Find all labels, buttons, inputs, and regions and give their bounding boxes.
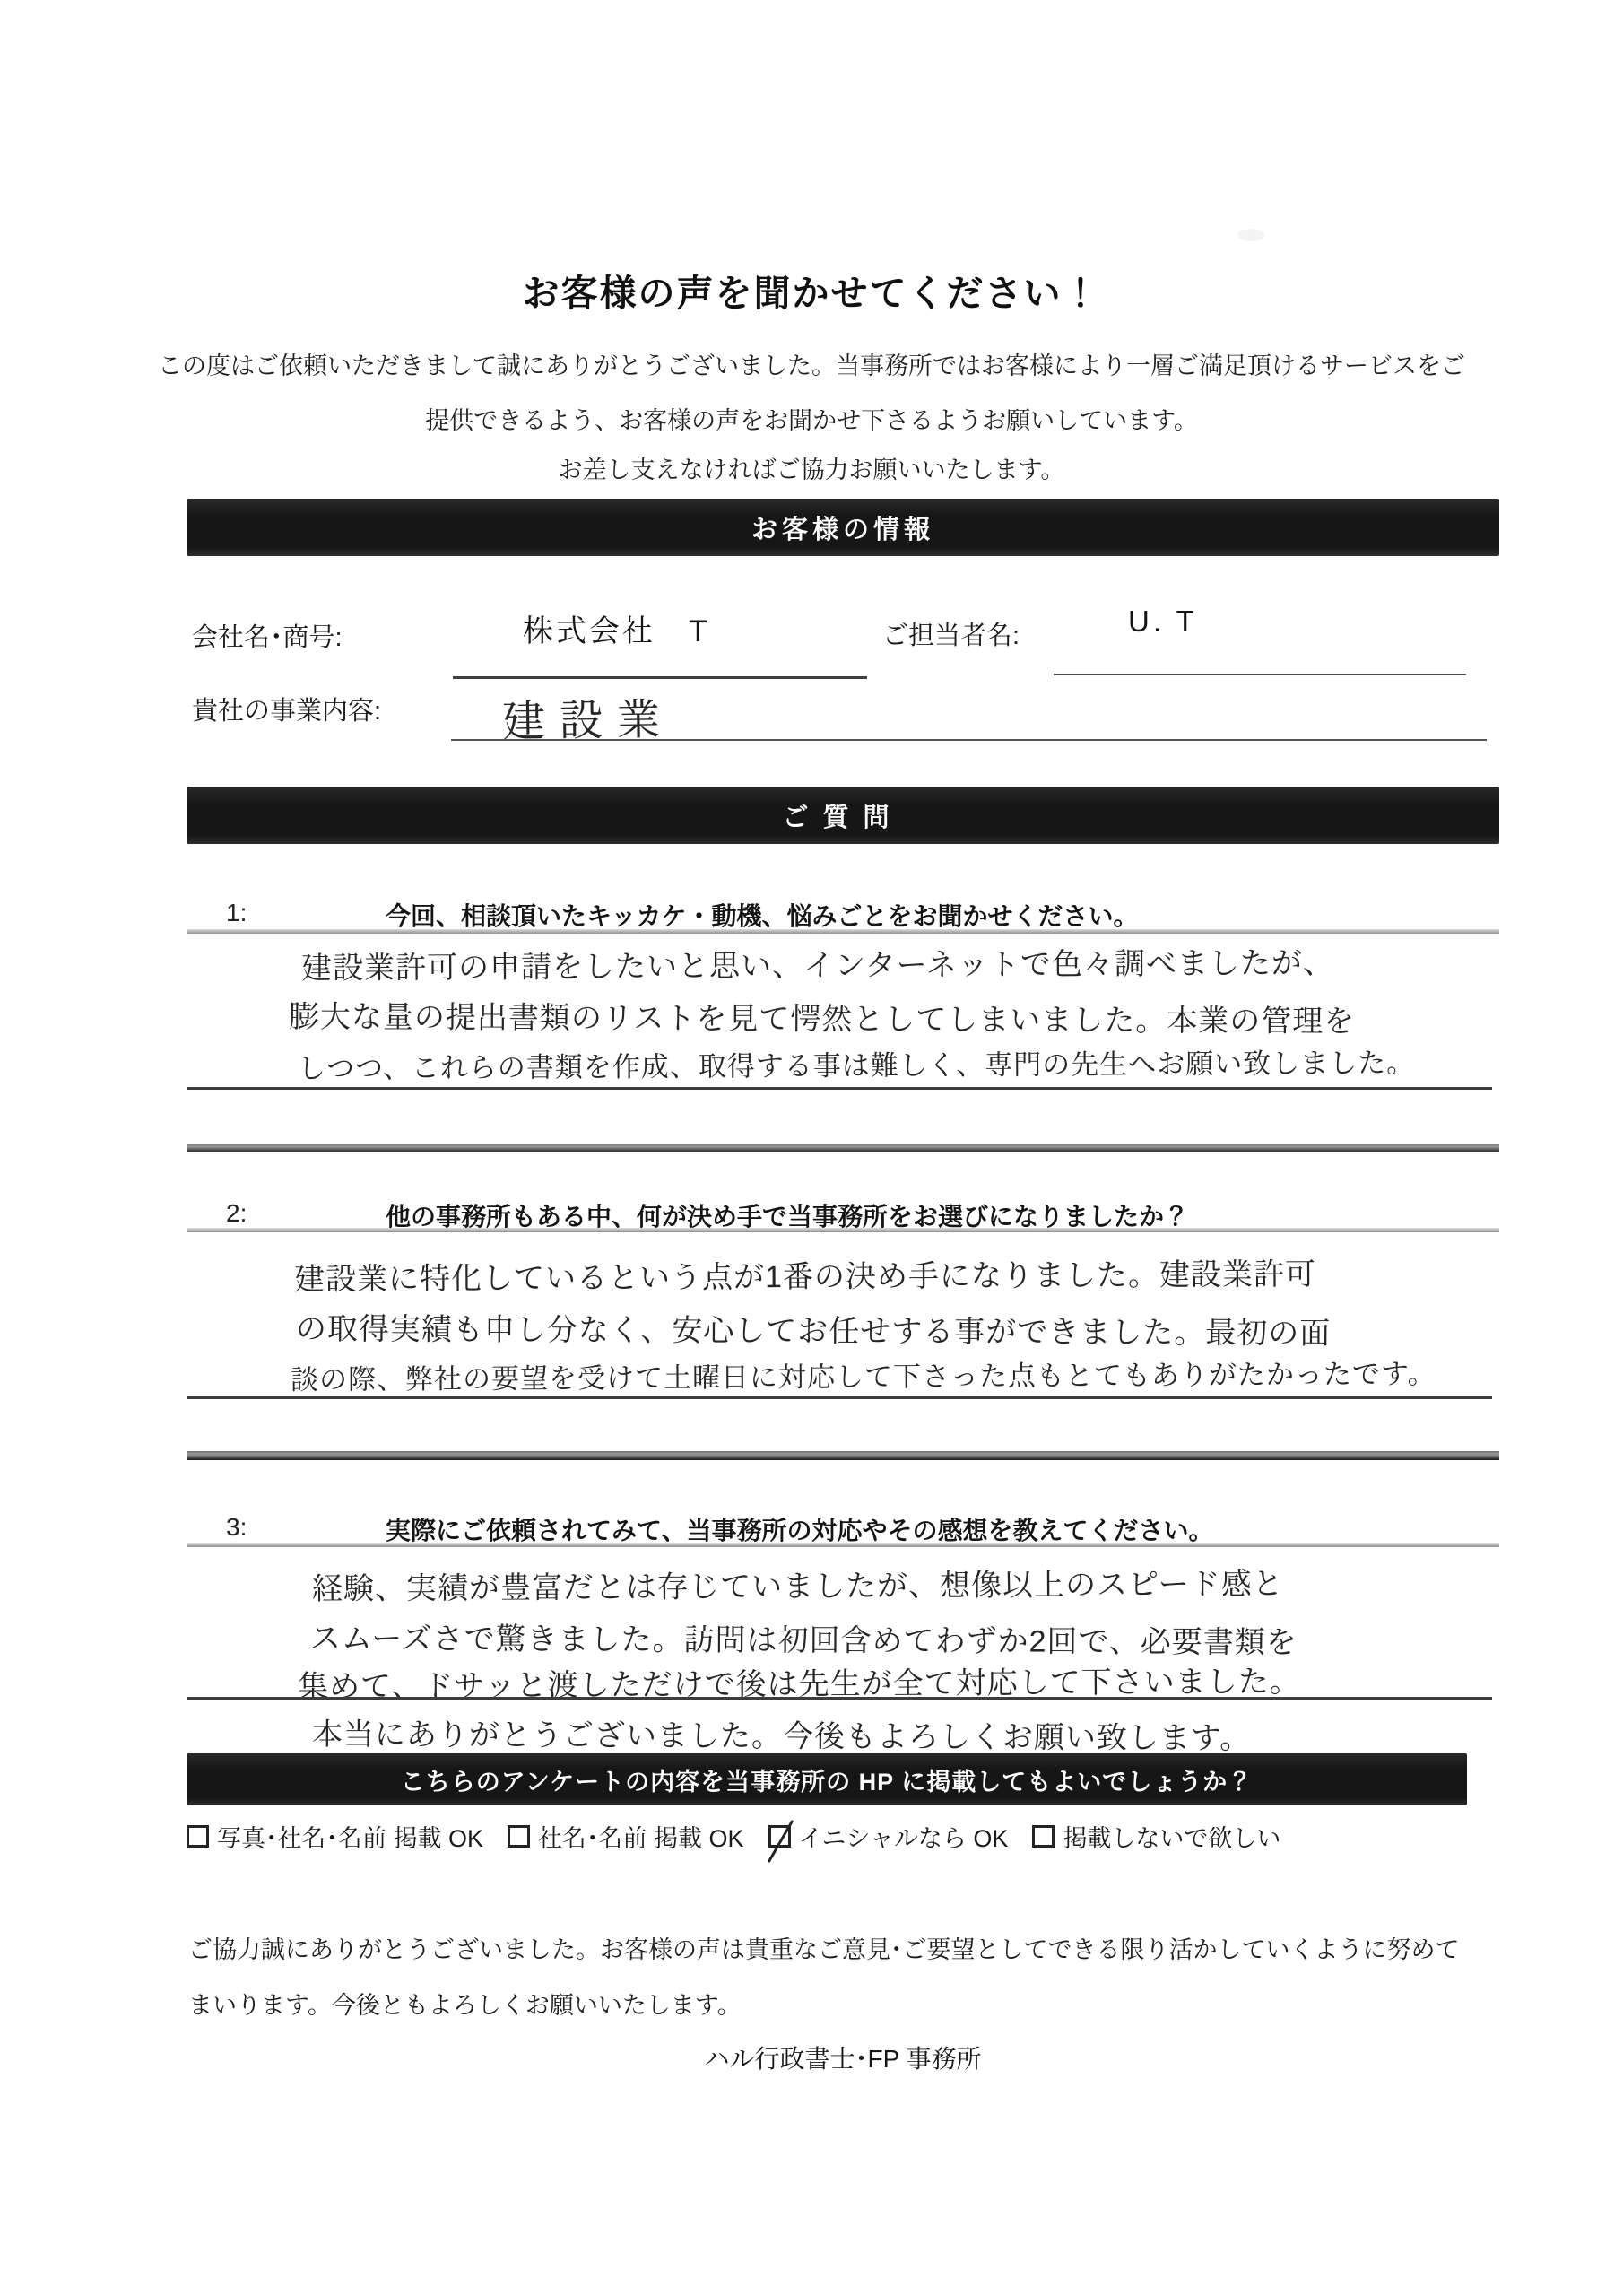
option-label: 掲載しないで欲しい <box>1063 1819 1280 1854</box>
scan-artifact <box>1237 229 1264 241</box>
section-divider <box>187 1451 1499 1460</box>
section-title: ご質問 <box>782 797 903 834</box>
section-title: こちらのアンケートの内容を当事務所の HP に掲載してもよいでしょうか？ <box>401 1762 1253 1797</box>
option-company-name-ok: 社名･名前 掲載 OK <box>508 1819 744 1854</box>
checkbox-checked-icon <box>768 1825 791 1848</box>
intro-line: お差し支えなければご協力お願いいたします。 <box>0 450 1623 485</box>
closing-message-line: ご協力誠にありがとうございました。お客様の声は貴重なご意見･ご要望としてできる限… <box>188 1930 1460 1965</box>
checkbox-icon <box>508 1825 530 1848</box>
section-divider <box>187 1144 1499 1152</box>
checkbox-icon <box>187 1825 209 1848</box>
question-number: 1: <box>226 899 247 927</box>
intro-line: 提供できるよう、お客様の声をお聞かせ下さるようお願いしています。 <box>0 401 1623 436</box>
business-type-label: 貴社の事業内容: <box>192 691 381 727</box>
office-name: ハル行政書士･FP 事務所 <box>187 2039 1499 2075</box>
section-bar-customer-info: お客様の情報 <box>187 499 1499 556</box>
company-name-label: 会社名･商号: <box>192 617 343 654</box>
intro-line: この度はご依頼いただきまして誠にありがとうございました。当事務所ではお客様により… <box>0 346 1623 381</box>
contact-person-label: ご担当者名: <box>882 615 1020 652</box>
survey-sheet: お客様の声を聞かせてください！ この度はご依頼いただきまして誠にありがとうござい… <box>0 0 1623 2296</box>
handwritten-answer-line: の取得実績も申し分なく、安心してお任せする事ができました。最初の面 <box>296 1304 1332 1352</box>
answer-rule-line <box>187 1697 1492 1700</box>
section-bar-publish-permission: こちらのアンケートの内容を当事務所の HP に掲載してもよいでしょうか？ <box>187 1753 1467 1805</box>
handwritten-answer-line: 経験、実績が豊富だとは存じていましたが、想像以上のスピード感と <box>312 1559 1284 1608</box>
question-text: 実際にご依頼されてみて、当事務所の対応やその感想を教えてください。 <box>386 1511 1213 1547</box>
question-underline <box>187 1543 1499 1547</box>
handwritten-answer-line: 本当にありがとうございました。今後もよろしくお願い致します。 <box>312 1709 1251 1758</box>
handwritten-answer-line: しつつ、これらの書類を作成、取得する事は難しく、専門の先生へお願い致しました。 <box>298 1039 1415 1086</box>
handwritten-answer-line: 膨大な量の提出書類のリストを見て愕然としてしまいました。本業の管理を <box>289 992 1356 1040</box>
handwritten-check-mark-icon <box>767 1820 794 1863</box>
answer-rule-line <box>187 1087 1492 1090</box>
handwritten-answer-line: 建設業に特化しているという点が1番の決め手になりました。建設業許可 <box>294 1249 1316 1299</box>
handwritten-answer-line: 建設業許可の申請をしたいと思い、インターネットで色々調べましたが、 <box>301 938 1334 987</box>
section-title: お客様の情報 <box>751 509 934 546</box>
closing-message-line: まいります。今後ともよろしくお願いいたします。 <box>188 1986 742 2021</box>
question-number: 2: <box>226 1199 247 1228</box>
contact-person-value: U. T <box>1128 604 1198 639</box>
option-do-not-publish: 掲載しないで欲しい <box>1032 1819 1280 1854</box>
option-photo-company-name-ok: 写真･社名･名前 掲載 OK <box>187 1819 483 1854</box>
option-label: 写真･社名･名前 掲載 OK <box>217 1819 483 1854</box>
company-name-value: 株式会社 T <box>523 606 710 650</box>
contact-person-underline <box>1054 674 1466 675</box>
question-underline <box>187 929 1499 934</box>
question-text: 今回、相談頂いたキッカケ・動機、悩みごとをお聞かせください。 <box>386 897 1138 933</box>
business-type-underline <box>451 739 1487 741</box>
company-name-underline <box>453 676 867 679</box>
option-label: 社名･名前 掲載 OK <box>538 1819 744 1854</box>
page-title: お客様の声を聞かせてください！ <box>0 264 1623 317</box>
handwritten-answer-line: 談の際、弊社の要望を受けて土曜日に対応して下さった点もとてもありがたかったです。 <box>291 1351 1436 1397</box>
question-number: 3: <box>226 1513 247 1542</box>
handwritten-answer-line: スムーズさで驚きました。訪問は初回含めてわずか2回で、必要書類を <box>310 1613 1298 1662</box>
checkbox-icon <box>1032 1825 1055 1848</box>
publish-options-row: 写真･社名･名前 掲載 OK 社名･名前 掲載 OK イニシャルなら OK 掲載… <box>187 1819 1280 1854</box>
question-underline <box>187 1228 1499 1232</box>
option-initials-ok: イニシャルなら OK <box>768 1819 1009 1854</box>
option-label: イニシャルなら OK <box>799 1819 1009 1854</box>
answer-rule-line <box>187 1396 1492 1399</box>
section-bar-questions: ご質問 <box>187 787 1499 844</box>
